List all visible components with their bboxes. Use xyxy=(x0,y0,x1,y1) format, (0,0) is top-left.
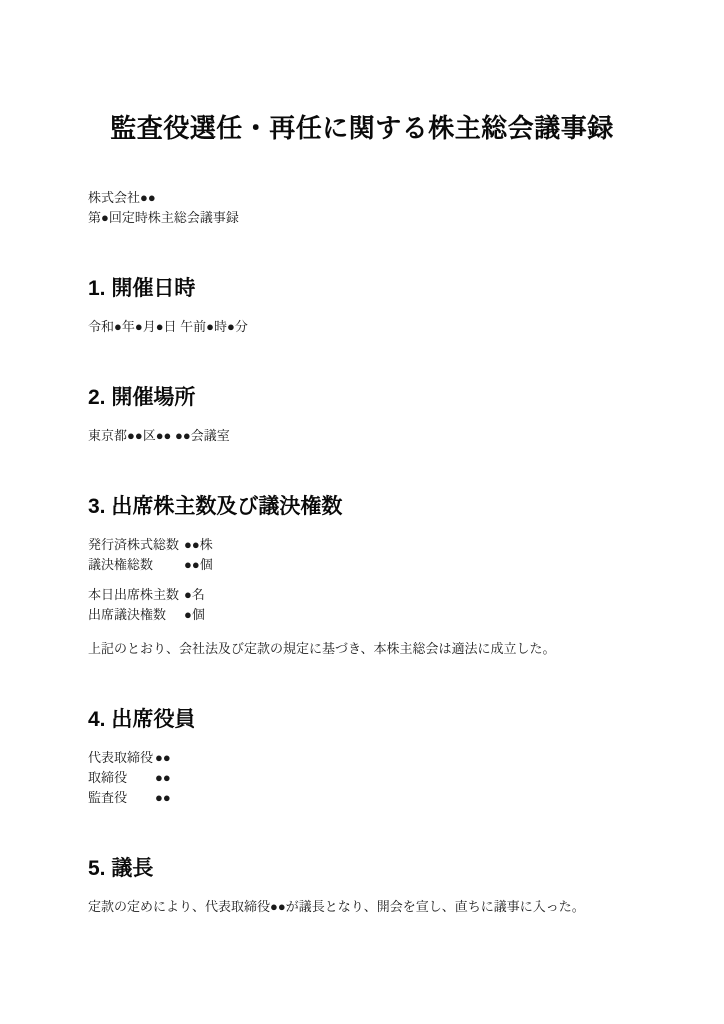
stat-row: 議決権総数 ●●個 xyxy=(88,555,636,575)
officer-row: 監査役 ●● xyxy=(88,788,636,808)
stat-row: 本日出席株主数 ●名 xyxy=(88,585,636,605)
section-heading-shareholders-voting-rights: 3. 出席株主数及び議決権数 xyxy=(88,494,636,519)
chairman-paragraph: 定款の定めにより、代表取締役●●が議長となり、開会を宣し、直ちに議事に入った。 xyxy=(88,897,636,917)
officer-name: ●● xyxy=(155,748,171,768)
section-heading-attending-officers: 4. 出席役員 xyxy=(88,707,636,732)
stat-row: 出席議決権数 ●個 xyxy=(88,605,636,625)
officer-name: ●● xyxy=(155,768,171,788)
officer-title: 代表取締役 xyxy=(88,748,155,768)
stat-value: ●●個 xyxy=(184,555,213,575)
section-heading-meeting-datetime: 1. 開催日時 xyxy=(88,276,636,301)
stat-value: ●●株 xyxy=(184,535,213,555)
stat-value: ●名 xyxy=(184,585,205,605)
page-title: 監査役選任・再任に関する株主総会議事録 xyxy=(88,0,636,144)
compliance-note: 上記のとおり、会社法及び定款の規定に基づき、本株主総会は適法に成立した。 xyxy=(88,639,636,659)
stat-row: 発行済株式総数 ●●株 xyxy=(88,535,636,555)
document-label: 第●回定時株主総会議事録 xyxy=(88,208,636,228)
document-meta: 株式会社●● 第●回定時株主総会議事録 xyxy=(88,188,636,228)
document-page: 監査役選任・再任に関する株主総会議事録 株式会社●● 第●回定時株主総会議事録 … xyxy=(0,0,724,1024)
officer-name: ●● xyxy=(155,788,171,808)
stat-label: 議決権総数 xyxy=(88,555,184,575)
stat-value: ●個 xyxy=(184,605,205,625)
officer-title: 監査役 xyxy=(88,788,155,808)
stat-group-totals: 発行済株式総数 ●●株 議決権総数 ●●個 xyxy=(88,535,636,575)
stat-label: 出席議決権数 xyxy=(88,605,184,625)
officer-title: 取締役 xyxy=(88,768,155,788)
meeting-datetime-text: 令和●年●月●日 午前●時●分 xyxy=(88,317,636,337)
section-heading-meeting-place: 2. 開催場所 xyxy=(88,385,636,410)
stat-group-attendance: 本日出席株主数 ●名 出席議決権数 ●個 xyxy=(88,585,636,625)
officer-row: 取締役 ●● xyxy=(88,768,636,788)
meeting-place-text: 東京都●●区●● ●●会議室 xyxy=(88,426,636,446)
stat-label: 発行済株式総数 xyxy=(88,535,184,555)
officer-list: 代表取締役 ●● 取締役 ●● 監査役 ●● xyxy=(88,748,636,808)
officer-row: 代表取締役 ●● xyxy=(88,748,636,768)
stat-label: 本日出席株主数 xyxy=(88,585,184,605)
company-name: 株式会社●● xyxy=(88,188,636,208)
section-heading-chairman: 5. 議長 xyxy=(88,856,636,881)
